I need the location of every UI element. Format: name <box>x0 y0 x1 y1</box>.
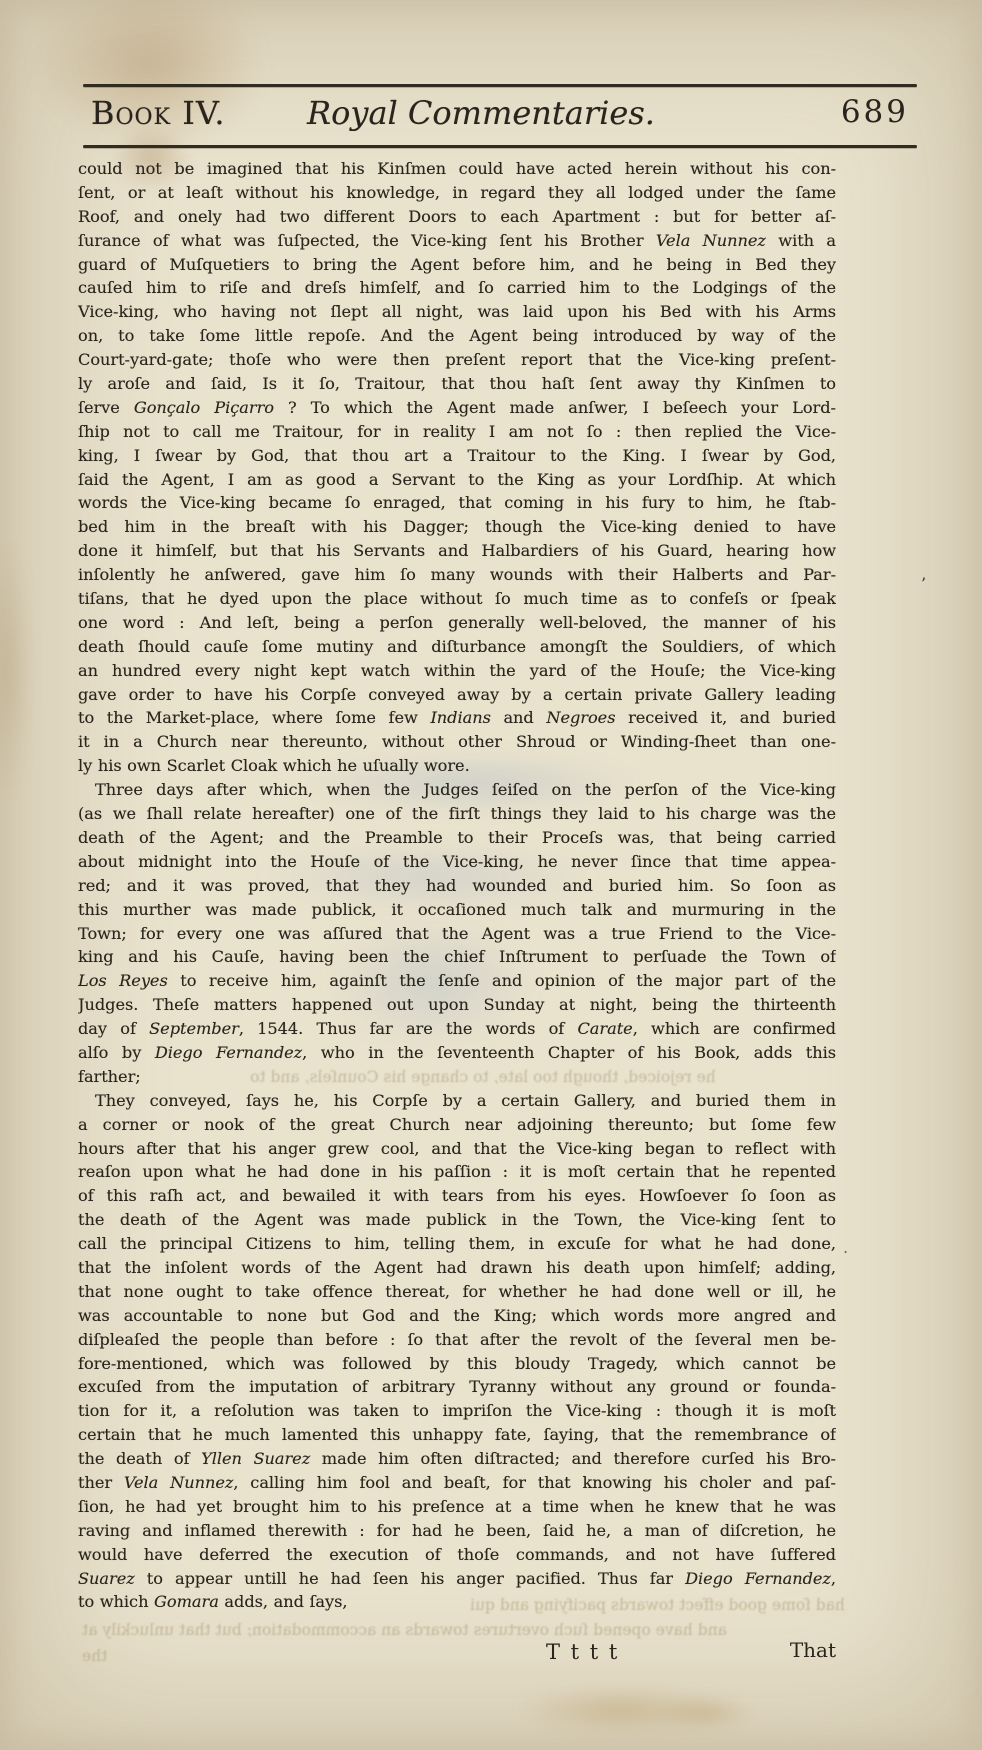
text-line: a corner or nook of the great Church nea… <box>78 1113 836 1137</box>
italic-name: Gomara <box>154 1592 219 1611</box>
text-line: done it himſelf, but that his Servants a… <box>78 539 836 563</box>
italic-name: Gonçalo Piçarro <box>134 398 274 417</box>
text-line: tiſans, that he dyed upon the place with… <box>78 587 836 611</box>
text-line: ſion, he had yet brought him to his preſ… <box>78 1495 836 1519</box>
italic-name: Carate <box>577 1019 632 1038</box>
text-line: ther Vela Nunnez, calling him fool and b… <box>78 1471 836 1495</box>
text-line: ſhip not to call me Traitour, for in rea… <box>78 420 836 444</box>
paper-stain <box>516 1686 726 1734</box>
book-page: Book IV. Royal Commentaries. 689 could n… <box>0 0 982 1750</box>
italic-name: Yllen Suarez <box>201 1449 310 1468</box>
text-line: on, to take ſome little repoſe. And the … <box>78 324 836 348</box>
margin-mark: ’ <box>921 574 926 593</box>
text-line: king, I ſwear by God, that thou art a Tr… <box>78 444 836 468</box>
catchword: That <box>78 1638 836 1662</box>
text-line: of this raſh act, and bewailed it with t… <box>78 1184 836 1208</box>
text-line: ſaid the Agent, I am as good a Servant t… <box>78 468 836 492</box>
page-number: 689 <box>841 94 909 130</box>
text-line: They conveyed, ſays he, his Corpſe by a … <box>78 1089 836 1113</box>
italic-name: Vela Nunnez <box>656 231 766 250</box>
text-line: gave order to have his Corpſe conveyed a… <box>78 683 836 707</box>
text-line: ly his own Scarlet Cloak which he uſuall… <box>78 754 836 778</box>
text-line: fore-mentioned, which was followed by th… <box>78 1352 836 1376</box>
text-line: red; and it was proved, that they had wo… <box>78 874 836 898</box>
text-line: Court-yard-gate; thoſe who were then pre… <box>78 348 836 372</box>
text-line: excuſed from the imputation of arbitrary… <box>78 1375 836 1399</box>
text-line: death ſhould cauſe ſome mutiny and diſtu… <box>78 635 836 659</box>
text-line: about midnight into the Houſe of the Vic… <box>78 850 836 874</box>
text-line: certain that he much lamented this unhap… <box>78 1423 836 1447</box>
text-line: ſent, or at leaſt without his knowledge,… <box>78 181 836 205</box>
text-line: king and his Cauſe, having been the chie… <box>78 945 836 969</box>
text-line: tion for it, a reſolution was taken to i… <box>78 1399 836 1423</box>
text-line: could not be imagined that his Kinſmen c… <box>78 157 836 181</box>
text-line: inſolently he anſwered, gave him ſo many… <box>78 563 836 587</box>
bleedthrough-text: and have opened ſuch overtures towards a… <box>82 1621 727 1639</box>
italic-name: Negroes <box>546 708 615 727</box>
text-line: reaſon upon what he had done in his paſſ… <box>78 1160 836 1184</box>
text-line: Roof, and onely had two different Doors … <box>78 205 836 229</box>
italic-name: Diego Fernandez <box>155 1043 302 1062</box>
text-line: bed him in the breaſt with his Dagger; t… <box>78 515 836 539</box>
text-line: to which Gomara adds, and ſays, <box>78 1590 836 1614</box>
text-line: Los Reyes to receive him, againſt the ſe… <box>78 969 836 993</box>
italic-name: September <box>149 1019 239 1038</box>
page-header: Book IV. Royal Commentaries. 689 <box>83 92 917 146</box>
text-line: Vice-king, who having not ſlept all nigh… <box>78 300 836 324</box>
text-line: Town; for every one was aſſured that the… <box>78 922 836 946</box>
text-line: words the Vice-king became ſo enraged, t… <box>78 491 836 515</box>
text-line: ly aroſe and ſaid, Is it ſo, Traitour, t… <box>78 372 836 396</box>
text-line: death of the Agent; and the Preamble to … <box>78 826 836 850</box>
paper-stain <box>656 1696 756 1730</box>
text-line: an hundred every night kept watch within… <box>78 659 836 683</box>
header-rule-top <box>83 84 917 87</box>
text-line: raving and inflamed therewith : for had … <box>78 1519 836 1543</box>
text-line: Suarez to appear untill he had ſeen his … <box>78 1567 836 1591</box>
text-line: this murther was made publick, it occaſi… <box>78 898 836 922</box>
text-line: Three days after which, when the Judges … <box>78 778 836 802</box>
margin-mark: . <box>843 1238 848 1257</box>
book-label: Book IV. <box>91 94 226 132</box>
body-text: could not be imagined that his Kinſmen c… <box>78 157 836 1614</box>
paper-stain <box>0 540 30 800</box>
text-line: would have deferred the execution of tho… <box>78 1543 836 1567</box>
header-rule-bottom <box>83 145 917 148</box>
text-line: call the principal Citizens to him, tell… <box>78 1232 836 1256</box>
text-line: hours after that his anger grew cool, an… <box>78 1137 836 1161</box>
text-line: (as we ſhall relate hereafter) one of th… <box>78 802 836 826</box>
italic-name: Suarez <box>78 1569 135 1588</box>
text-line: the death of Yllen Suarez made him often… <box>78 1447 836 1471</box>
italic-name: Vela Nunnez <box>124 1473 234 1492</box>
text-line: farther; <box>78 1065 836 1089</box>
text-line: that none ought to take offence thereat,… <box>78 1280 836 1304</box>
text-line: day of September, 1544. Thus far are the… <box>78 1017 836 1041</box>
text-line: alſo by Diego Fernandez, who in the ſeve… <box>78 1041 836 1065</box>
running-title: Royal Commentaries. <box>307 94 655 132</box>
italic-name: Indians <box>430 708 490 727</box>
italic-name: Los Reyes <box>78 971 168 990</box>
text-line: it in a Church near thereunto, without o… <box>78 730 836 754</box>
text-line: guard of Muſquetiers to bring the Agent … <box>78 253 836 277</box>
text-line: to the Market-place, where ſome few Indi… <box>78 706 836 730</box>
text-line: ſerve Gonçalo Piçarro ? To which the Age… <box>78 396 836 420</box>
text-line: that the inſolent words of the Agent had… <box>78 1256 836 1280</box>
text-line: Judges. Theſe matters happened out upon … <box>78 993 836 1017</box>
italic-name: Diego Fernandez <box>685 1569 831 1588</box>
text-line: the death of the Agent was made publick … <box>78 1208 836 1232</box>
text-line: diſpleaſed the people than before : ſo t… <box>78 1328 836 1352</box>
text-line: one word : And leſt, being a perſon gene… <box>78 611 836 635</box>
text-line: ſurance of what was ſuſpected, the Vice-… <box>78 229 836 253</box>
text-line: was accountable to none but God and the … <box>78 1304 836 1328</box>
text-line: cauſed him to riſe and dreſs himſelf, an… <box>78 276 836 300</box>
